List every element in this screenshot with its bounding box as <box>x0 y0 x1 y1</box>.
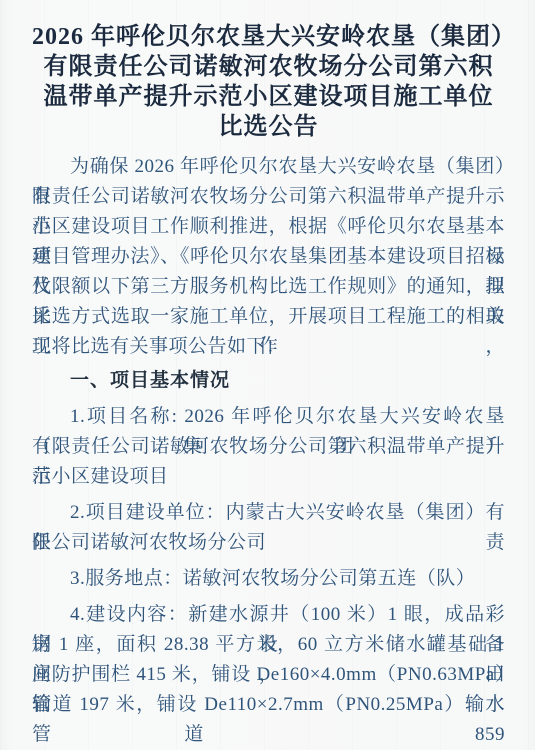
paragraph-line: 房 1 座，面积 28.38 平方米，60 立方米储水罐基础 1 座，田 <box>32 630 505 660</box>
paragraph-line: 间防护围栏 415 米，铺设 De160×4.0mm（PN0.63MPa）输水 <box>32 660 505 690</box>
item-service-location: 3.服务地点：诺敏河农牧场分公司第五连（队） <box>32 564 505 594</box>
paragraph-line: 及限额以下第三方服务机构比选工作规则》的通知，拟采取 <box>32 272 505 302</box>
paragraph-line: 项目管理办法》、《呼伦贝尔农垦集团基本建设项目招标代理 <box>32 242 505 272</box>
paragraph-line: 4.建设内容：新建水源井（100 米）1 眼，成品彩钢设备 <box>32 600 505 630</box>
intro-paragraph: 为确保 2026 年呼伦贝尔农垦大兴安岭农垦（集团）有 限责任公司诺敏河农牧场分… <box>32 152 505 362</box>
paragraph-line: 限责任公司诺敏河农牧场分公司第六积温带单产提升示范 <box>32 182 505 212</box>
title-line: 比选公告 <box>32 112 505 142</box>
paragraph-line: 为确保 2026 年呼伦贝尔农垦大兴安岭农垦（集团）有 <box>32 152 505 182</box>
item-project-name: 1.项目名称: 2026 年呼伦贝尔农垦大兴安岭农垦（集团） 有限责任公司诺敏河… <box>32 402 505 492</box>
title-line: 有限责任公司诺敏河农牧场分公司第六积 <box>32 52 505 82</box>
title-line: 2026 年呼伦贝尔农垦大兴安岭农垦（集团） <box>32 22 505 52</box>
paragraph-line: 管道 197 米，铺设 De110×2.7mm（PN0.25MPa）输水管道 8… <box>32 690 505 720</box>
document-title: 2026 年呼伦贝尔农垦大兴安岭农垦（集团） 有限责任公司诺敏河农牧场分公司第六… <box>32 22 505 142</box>
paragraph-line: 2.项目建设单位：内蒙古大兴安岭农垦（集团）有限责 <box>32 498 505 528</box>
section-heading-basic-info: 一、项目基本情况 <box>32 366 505 396</box>
paragraph-line: 比选方式选取一家施工单位，开展项目工程施工的相关工作， <box>32 302 505 332</box>
document-body: 为确保 2026 年呼伦贝尔农垦大兴安岭农垦（集团）有 限责任公司诺敏河农牧场分… <box>32 152 505 720</box>
paragraph-line: 小区建设项目工作顺利推进，根据《呼伦贝尔农垦基本建设 <box>32 212 505 242</box>
paragraph-line: 有限责任公司诺敏河农牧场分公司第六积温带单产提升示 <box>32 432 505 462</box>
paragraph-line: 3.服务地点：诺敏河农牧场分公司第五连（队） <box>32 564 505 594</box>
document-page: 2026 年呼伦贝尔农垦大兴安岭农垦（集团） 有限责任公司诺敏河农牧场分公司第六… <box>0 0 535 750</box>
item-construction-unit: 2.项目建设单位：内蒙古大兴安岭农垦（集团）有限责 任公司诺敏河农牧场分公司 <box>32 498 505 558</box>
paragraph-line: 1.项目名称: 2026 年呼伦贝尔农垦大兴安岭农垦（集团） <box>32 402 505 432</box>
item-construction-content: 4.建设内容：新建水源井（100 米）1 眼，成品彩钢设备 房 1 座，面积 2… <box>32 600 505 720</box>
title-line: 温带单产提升示范小区建设项目施工单位 <box>32 82 505 112</box>
paragraph-line: 范小区建设项目 <box>32 462 505 492</box>
